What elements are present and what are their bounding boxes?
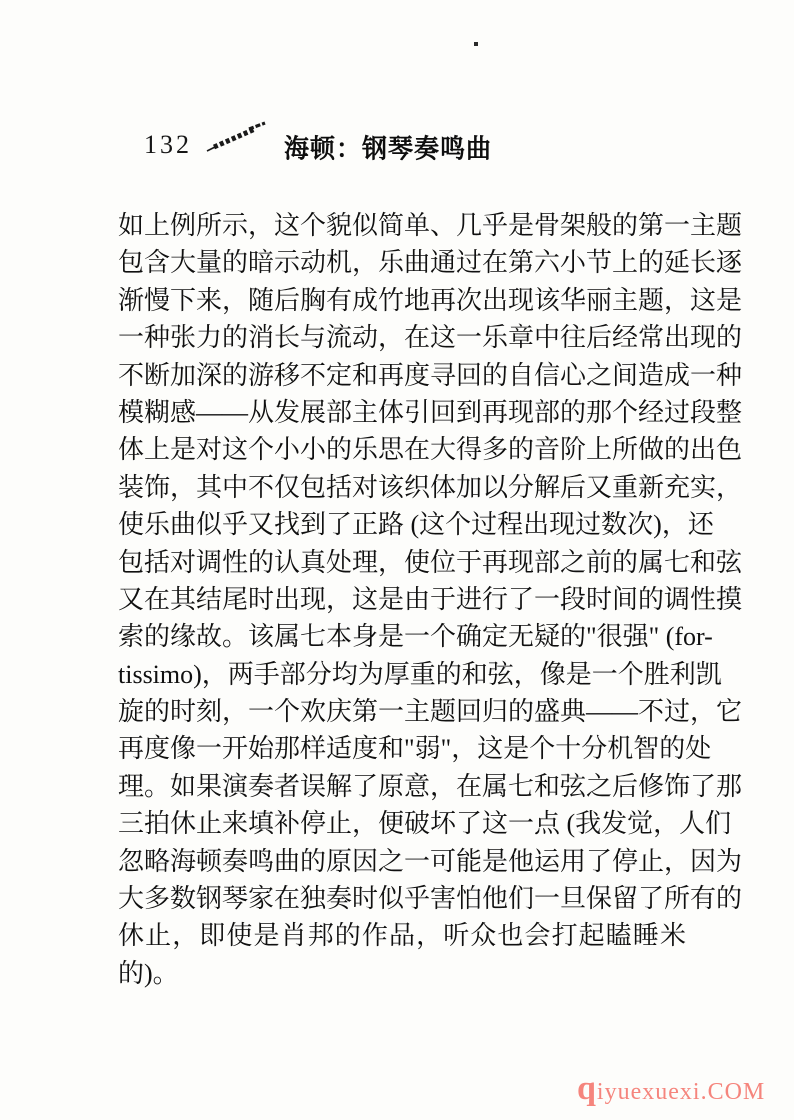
body-line: tissimo)，两手部分均为厚重的和弦，像是一个胜利凯	[118, 656, 686, 693]
body-line: 旋的时刻，一个欢庆第一主题回归的盛典——不过，它	[118, 693, 686, 730]
site-watermark: qiyuexuexi.COM	[577, 1070, 765, 1108]
body-line: 又在其结尾时出现，这是由于进行了一段时间的调性摸	[118, 581, 686, 618]
body-line: 理。如果演奏者误解了原意，在属七和弦之后修饰了那	[118, 768, 686, 805]
running-title: 海顿：钢琴奏鸣曲	[284, 128, 492, 166]
body-line: 包括对调性的认真处理，使位于再现部之前的属七和弦	[118, 544, 686, 581]
body-line: 休止，即使是肖邦的作品，听众也会打起瞌睡米	[118, 917, 686, 954]
scan-speck-dot	[474, 42, 478, 46]
book-page: 132 海顿：钢琴奏鸣曲 如上例所示，这个貌似简单、几乎是骨架般的第一主题 包含…	[0, 0, 794, 1120]
pen-squiggle-icon	[203, 118, 271, 156]
page-number: 132	[144, 130, 192, 160]
body-line: 模糊感——从发展部主体引回到再现部的那个经过段整	[118, 394, 686, 431]
body-line: 如上例所示，这个貌似简单、几乎是骨架般的第一主题	[118, 207, 686, 244]
body-line: 的)。	[118, 955, 686, 992]
body-line: 一种张力的消长与流动，在这一乐章中往后经常出现的	[118, 319, 686, 356]
body-line: 使乐曲似乎又找到了正路 (这个过程出现过数次)，还	[118, 506, 686, 543]
body-line: 体上是对这个小小的乐思在大得多的音阶上所做的出色	[118, 431, 686, 468]
body-line: 忽略海顿奏鸣曲的原因之一可能是他运用了停止，因为	[118, 843, 686, 880]
body-line: 渐慢下来，随后胸有成竹地再次出现该华丽主题，这是	[118, 282, 686, 319]
body-line: 大多数钢琴家在独奏时似乎害怕他们一旦保留了所有的	[118, 880, 686, 917]
body-line: 装饰，其中不仅包括对该织体加以分解后又重新充实，	[118, 469, 686, 506]
body-line: 再度像一开始那样适度和"弱"，这是个十分机智的处	[118, 730, 686, 767]
body-paragraph: 如上例所示，这个貌似简单、几乎是骨架般的第一主题 包含大量的暗示动机，乐曲通过在…	[118, 207, 686, 992]
body-line: 包含大量的暗示动机，乐曲通过在第六小节上的延长逐	[118, 244, 686, 281]
body-line: 三拍休止来填补停止，便破坏了这一点 (我发觉，人们	[118, 805, 686, 842]
body-line: 索的缘故。该属七本身是一个确定无疑的"很强" (for-	[118, 618, 686, 655]
body-line: 不断加深的游移不定和再度寻回的自信心之间造成一种	[118, 357, 686, 394]
